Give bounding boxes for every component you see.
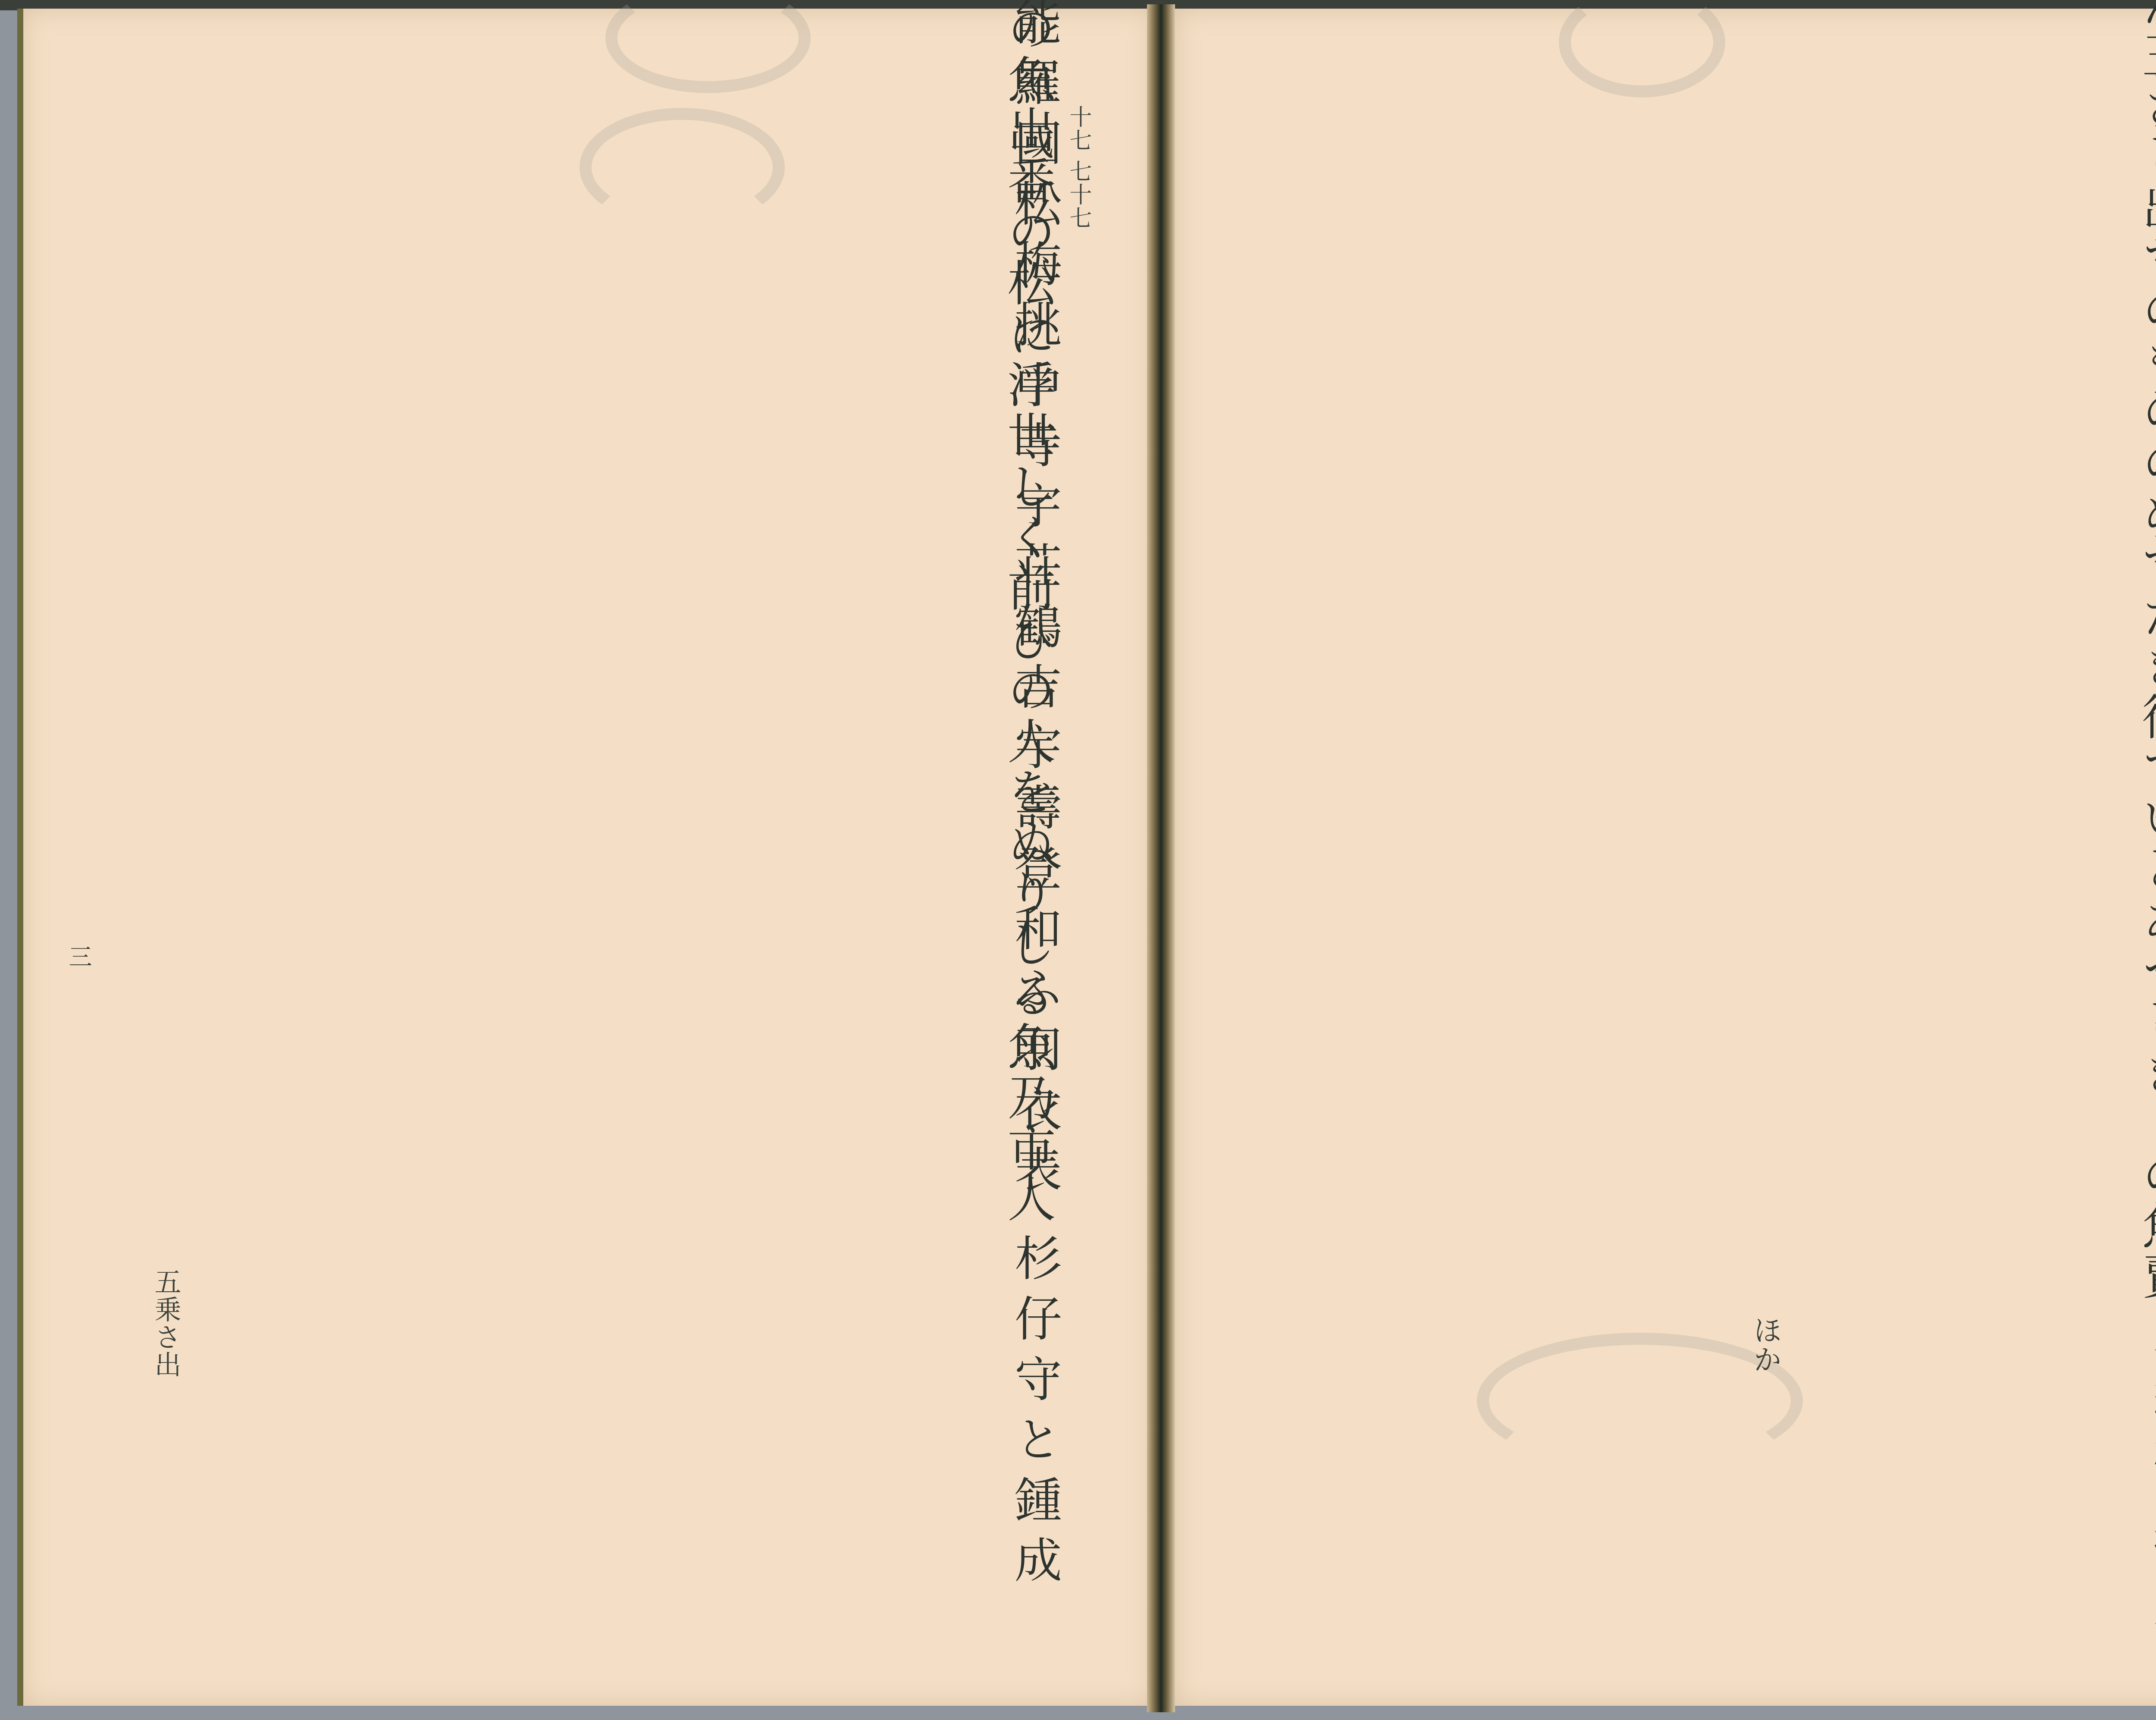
- page-number-mark: 三: [62, 945, 95, 968]
- pre-author-note: 五乗さ出: [153, 1268, 179, 1378]
- author-name: 和ふ羽衣: [993, 904, 1075, 1145]
- book-gutter: [1147, 4, 1175, 1712]
- right-author-list: 三繍樓 技人 舟守うと家壽 四 角 園 守山花月九 云ふ橋院廷 ち 夕 亭 能宮…: [2132, 1380, 2156, 1639]
- author-name: 挑中寺宇荘: [993, 300, 1075, 602]
- left-page: 十七 七十七出番の松に浮世しく前ひの人をぬりしる魚乃市人 十七 十生まれの名残か…: [17, 9, 1153, 1706]
- author-name: 能羅國松梅: [993, 0, 1075, 300]
- author-name: ち 夕 亭: [2132, 0, 2156, 106]
- left-author-list: 仔守と鍾成 表 杉 和ふ羽衣 鶴吉宇壽登 挑中寺宇荘 能羅國松梅 福 生 居 吉…: [993, 1337, 1075, 1596]
- author-name: 鶴吉宇壽登: [993, 602, 1075, 904]
- author-name: 三繍樓 技人: [2132, 1309, 2156, 1639]
- water-stain: [1559, 0, 1725, 97]
- open-book: 十七 七十七出番の松に浮世しく前ひの人をぬりしる魚乃市人 十七 十生まれの名残か…: [9, 4, 2156, 1712]
- author-name: 云ふ橋院廷: [2132, 106, 2156, 408]
- water-stain: [605, 0, 811, 93]
- postscript: ほか: [1755, 1315, 1775, 1374]
- right-page: 七十五 十五玉さし出てのもののめでたき往ていとあつしきりの魚賣 七十七 十忍ぶれ…: [1175, 9, 2156, 1706]
- water-stain: [580, 108, 785, 227]
- author-name: 舟守うと家壽: [2132, 947, 2156, 1309]
- author-name: 仔守と鍾成: [993, 1294, 1075, 1596]
- author-name: 表 杉: [993, 1145, 1075, 1294]
- author-name: 守山花月九: [2132, 408, 2156, 709]
- author-name: 四 角 園: [2132, 709, 2156, 947]
